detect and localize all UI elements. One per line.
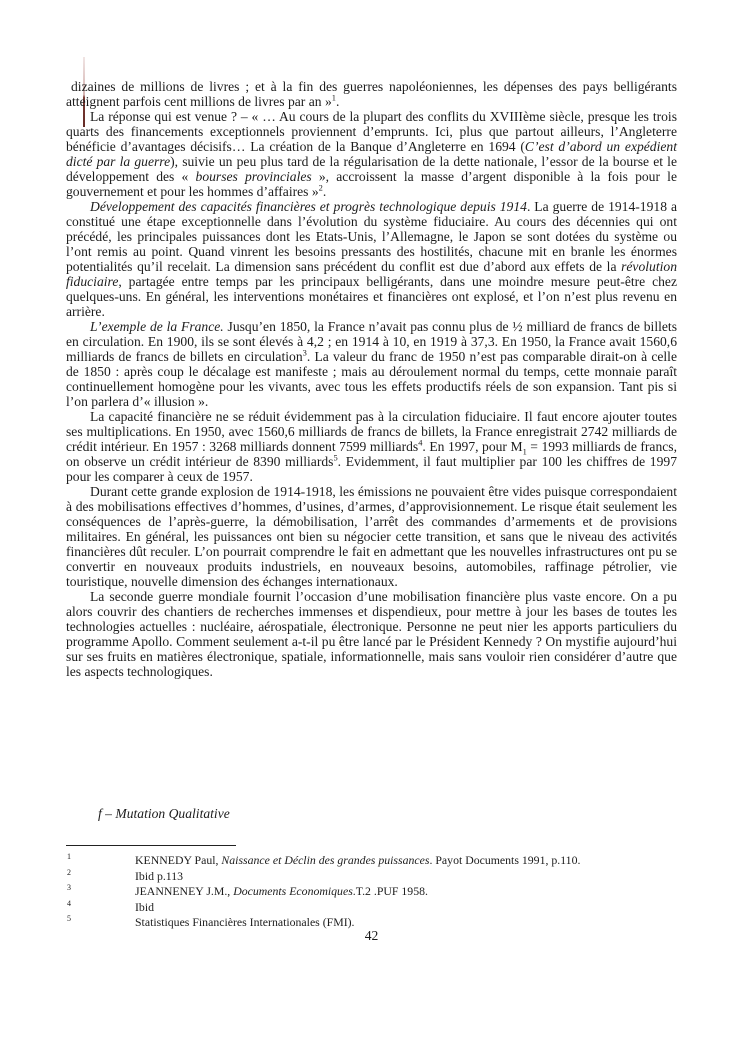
text-segment: JEANNENEY J.M., xyxy=(135,884,233,898)
text-segment: L’exemple de la France. xyxy=(90,319,224,334)
footnote-number: 4 xyxy=(67,899,71,909)
text-segment: La seconde guerre mondiale fournit l’occ… xyxy=(66,589,677,679)
text-segment: Ibid p.113 xyxy=(135,869,183,883)
text-segment: Documents Economiques xyxy=(233,884,353,898)
footnote-text: Ibid xyxy=(135,900,677,916)
footnote-text: JEANNENEY J.M., Documents Economiques.T.… xyxy=(135,884,677,900)
text-segment: Développement des capacités financières … xyxy=(90,199,527,214)
body-paragraph: Durant cette grande explosion de 1914-19… xyxy=(66,484,677,589)
footnote-number: 1 xyxy=(67,852,71,862)
text-segment: bourses provinciales xyxy=(196,169,312,184)
footnote-text: Ibid p.113 xyxy=(135,869,677,885)
footnote-number: 5 xyxy=(67,914,71,924)
section-heading: f – Mutation Qualitative xyxy=(66,806,677,822)
footnote-separator xyxy=(66,845,236,846)
text-segment: , partagée entre temps par les principau… xyxy=(66,274,677,319)
text-segment: Durant cette grande explosion de 1914-19… xyxy=(66,484,677,589)
footnote-text: KENNEDY Paul, Naissance et Déclin des gr… xyxy=(135,853,677,869)
footnote-number: 3 xyxy=(67,883,71,893)
body-paragraph: La seconde guerre mondiale fournit l’occ… xyxy=(66,589,677,679)
footnote: 4 Ibid xyxy=(66,900,677,916)
body-paragraph: dizaines de millions de livres ; et à la… xyxy=(66,79,677,109)
text-segment: .T.2 .PUF 1958. xyxy=(353,884,428,898)
text-segment: . xyxy=(336,94,339,109)
body-paragraph: L’exemple de la France. Jusqu’en 1850, l… xyxy=(66,319,677,409)
body-paragraph: La capacité financière ne se réduit évid… xyxy=(66,409,677,484)
footnotes-block: 1 KENNEDY Paul, Naissance et Déclin des … xyxy=(66,853,677,931)
footnote: 3 JEANNENEY J.M., Documents Economiques.… xyxy=(66,884,677,900)
footnote-number: 2 xyxy=(67,868,71,878)
body-paragraph: La réponse qui est venue ? – « … Au cour… xyxy=(66,109,677,199)
body-text-block: dizaines de millions de livres ; et à la… xyxy=(66,79,677,679)
text-segment: dizaines de millions de livres ; et à la… xyxy=(66,79,677,109)
text-segment: . xyxy=(323,184,326,199)
document-page: dizaines de millions de livres ; et à la… xyxy=(0,0,744,1053)
text-segment: KENNEDY Paul, xyxy=(135,853,221,867)
text-segment: Ibid xyxy=(135,900,154,914)
text-segment: Naissance et Déclin des grandes puissanc… xyxy=(221,853,429,867)
body-paragraph: Développement des capacités financières … xyxy=(66,199,677,319)
footnote: 1 KENNEDY Paul, Naissance et Déclin des … xyxy=(66,853,677,869)
text-segment: . Payot Documents 1991, p.110. xyxy=(429,853,580,867)
page-number: 42 xyxy=(66,928,677,944)
text-segment: . En 1997, pour M xyxy=(422,439,522,454)
footnote: 2 Ibid p.113 xyxy=(66,869,677,885)
